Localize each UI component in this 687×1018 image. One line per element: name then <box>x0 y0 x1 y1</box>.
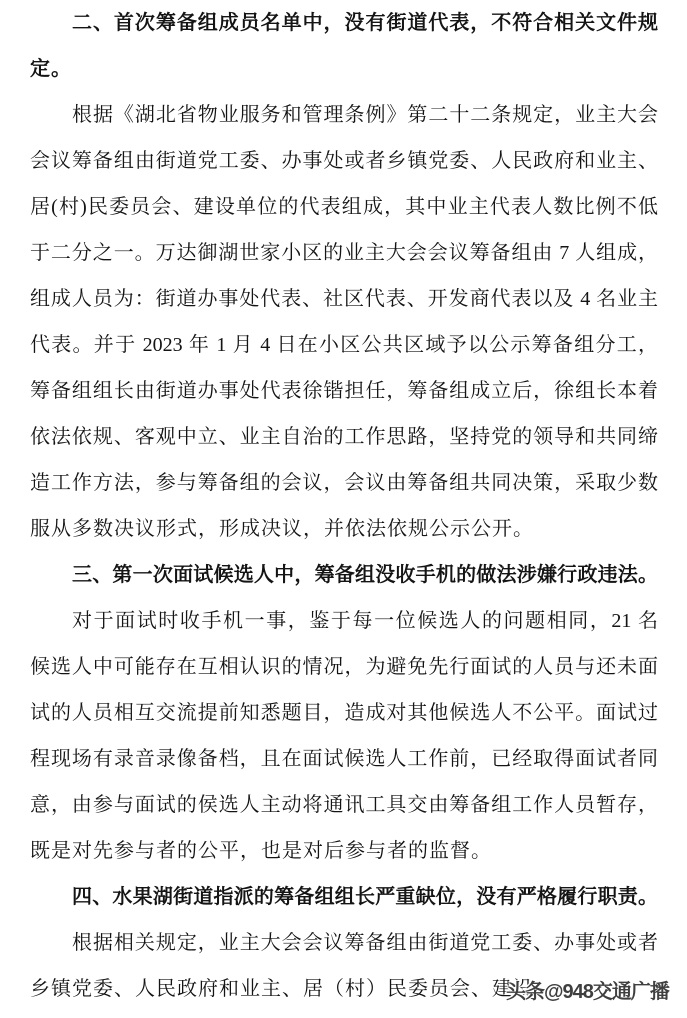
document-line: 程现场有录音录像备档，且在面试候选人工作前，已经取得面试者同 <box>30 736 658 782</box>
document-line: 意，由参与面试的侯选人主动将通讯工具交由筹备组工作人员暂存， <box>30 782 658 828</box>
document-line: 依法依规、客观中立、业主自治的工作思路，坚持党的领导和共同缔 <box>30 414 658 460</box>
document-line: 会议筹备组由街道党工委、办事处或者乡镇党委、人民政府和业主、 <box>30 138 658 184</box>
document-line: 根据相关规定，业主大会会议筹备组由街道党工委、办事处或者 <box>30 920 658 966</box>
document-line: 试的人员相互交流提前知悉题目，造成对其他候选人不公平。面试过 <box>30 690 658 736</box>
document-line: 根据《湖北省物业服务和管理条例》第二十二条规定，业主大会 <box>30 92 658 138</box>
document-line: 组成人员为：街道办事处代表、社区代表、开发商代表以及 4 名业主 <box>30 276 658 322</box>
document-line: 既是对先参与者的公平，也是对后参与者的监督。 <box>30 828 658 874</box>
document-line: 造工作方法，参与筹备组的会议，会议由筹备组共同决策，采取少数 <box>30 460 658 506</box>
watermark: 头条@948交通广播 <box>506 975 669 1004</box>
document-line: 候选人中可能存在互相认识的情况，为避免先行面试的人员与还未面 <box>30 644 658 690</box>
section-heading-line: 三、第一次面试候选人中，筹备组没收手机的做法涉嫌行政违法。 <box>30 552 658 598</box>
section-heading-line: 二、首次筹备组成员名单中，没有街道代表，不符合相关文件规 <box>30 0 658 46</box>
section-heading-line: 四、水果湖街道指派的筹备组组长严重缺位，没有严格履行职责。 <box>30 874 658 920</box>
document-body: 二、首次筹备组成员名单中，没有街道代表，不符合相关文件规定。根据《湖北省物业服务… <box>30 0 658 1012</box>
document-line: 代表。并于 2023 年 1 月 4 日在小区公共区域予以公示筹备组分工， <box>30 322 658 368</box>
document-line: 对于面试时收手机一事，鉴于每一位候选人的问题相同，21 名 <box>30 598 658 644</box>
section-heading-line: 定。 <box>30 46 658 92</box>
document-line: 于二分之一。万达御湖世家小区的业主大会会议筹备组由 7 人组成， <box>30 230 658 276</box>
document-line: 居(村)民委员会、建设单位的代表组成，其中业主代表人数比例不低 <box>30 184 658 230</box>
document-page: 二、首次筹备组成员名单中，没有街道代表，不符合相关文件规定。根据《湖北省物业服务… <box>0 0 687 1018</box>
document-line: 服从多数决议形式，形成决议，并依法依规公示公开。 <box>30 506 658 552</box>
document-line: 筹备组组长由街道办事处代表徐锴担任，筹备组成立后，徐组长本着 <box>30 368 658 414</box>
